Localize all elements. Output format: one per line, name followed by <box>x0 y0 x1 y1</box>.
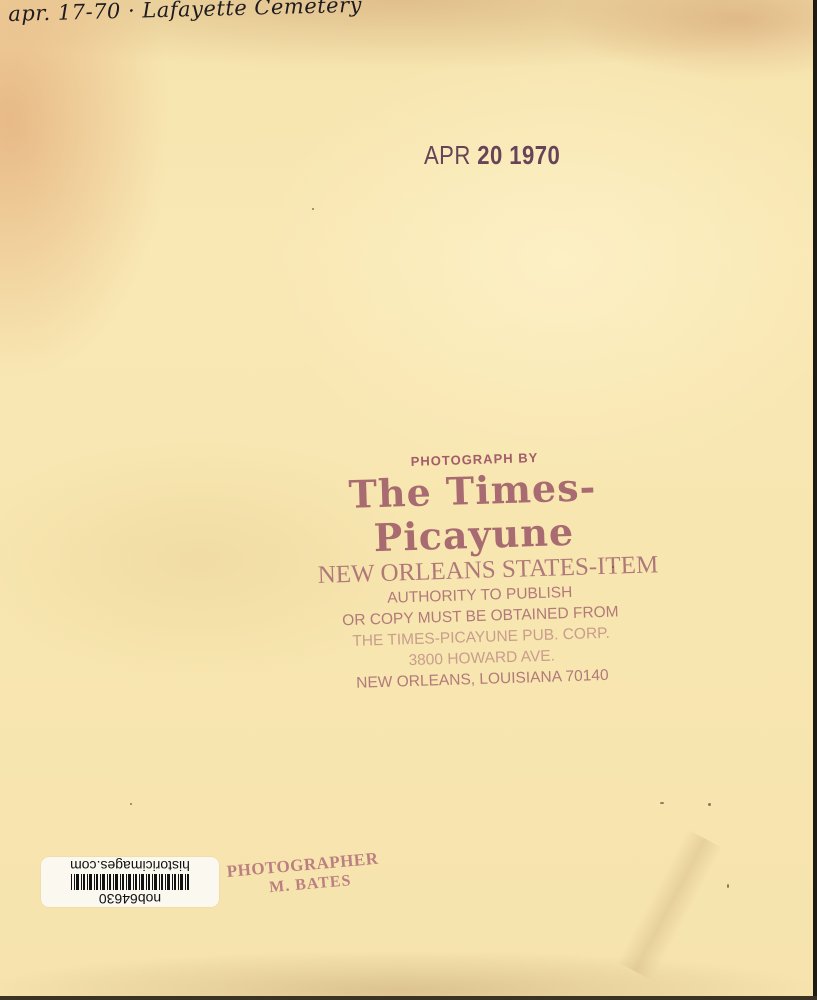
dust-speck <box>130 803 132 805</box>
photo-back-paper: apr. 17-70 · Lafayette Cemetery APR 20 1… <box>0 0 813 996</box>
barcode-site: historicimages.com <box>70 858 190 873</box>
dust-speck <box>312 208 314 210</box>
date-stamp-year: 1970 <box>509 140 560 170</box>
times-picayune-credit-stamp: PHOTOGRAPH BY The Times-Picayune NEW ORL… <box>256 445 693 696</box>
handwritten-caption: apr. 17-70 · Lafayette Cemetery <box>8 0 362 26</box>
dust-speck <box>612 566 614 568</box>
date-stamp-day: 20 <box>477 140 502 170</box>
photo-edge-right <box>813 0 817 1000</box>
dust-speck <box>708 803 711 806</box>
photographer-stamp: PHOTOGRAPHER M. BATES <box>226 849 381 902</box>
barcode-code: nob64630 <box>99 891 161 906</box>
dust-speck <box>727 884 729 888</box>
barcode-label: nob64630 historicimages.com <box>41 857 219 907</box>
date-stamp-month: APR <box>424 140 471 170</box>
dust-speck <box>660 802 664 804</box>
newspaper-masthead: The Times-Picayune <box>257 462 690 563</box>
photo-edge-bottom <box>0 996 817 1000</box>
paper-stain <box>617 829 723 980</box>
barcode-icon <box>71 874 189 890</box>
date-stamp: APR 20 1970 <box>424 140 560 171</box>
